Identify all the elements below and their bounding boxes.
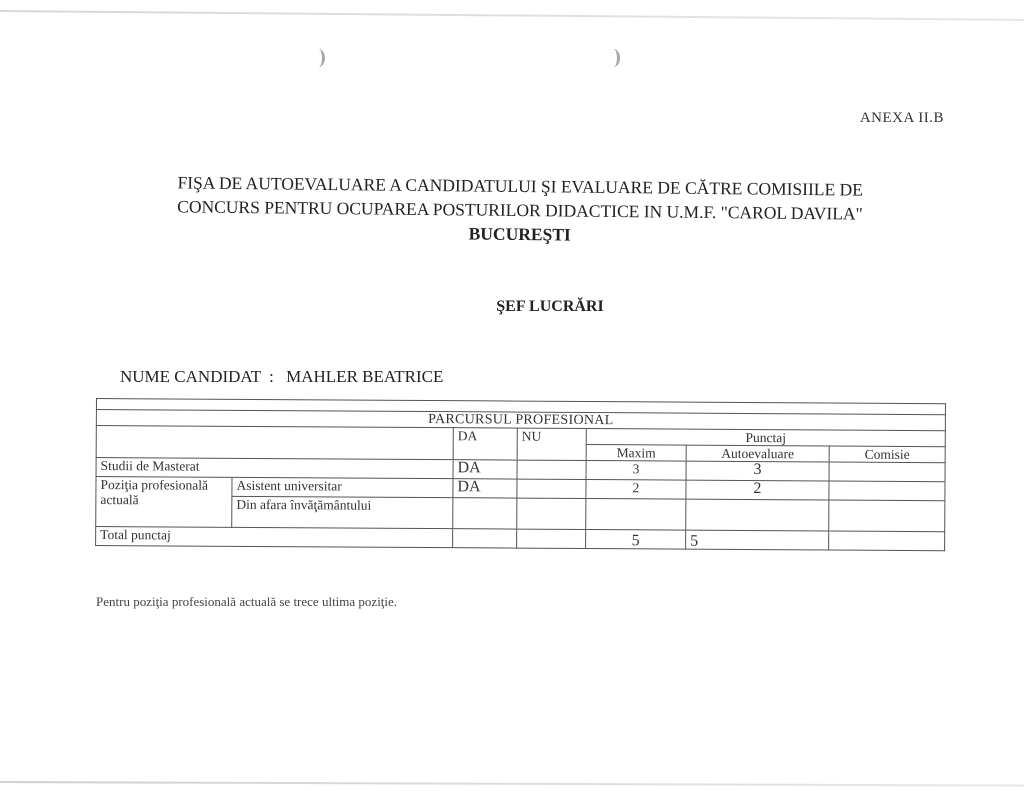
cell-comisie: [829, 500, 945, 532]
page-edge-top: [0, 10, 1024, 21]
cell-autoevaluare: 3: [686, 461, 829, 481]
footnote: Pentru poziţia profesională actuală se t…: [96, 594, 397, 610]
cell-comisie: [829, 462, 945, 482]
header-maxim: Maxim: [586, 444, 686, 461]
cell-autoevaluare: 2: [686, 480, 829, 500]
header-da: DA: [453, 428, 517, 460]
page-edge-bottom: [0, 781, 1024, 787]
total-nu: [517, 529, 586, 548]
position-title: ŞEF LUCRĂRI: [450, 298, 650, 316]
cell-nu: [517, 479, 586, 498]
total-maxim: 5: [586, 529, 686, 549]
cell-comisie: [829, 481, 945, 501]
punch-hole-mark: [312, 49, 325, 67]
cell-nu: [517, 460, 586, 479]
cell-maxim: 2: [586, 479, 686, 499]
candidate-line: NUME CANDIDAT : MAHLER BEATRICE: [120, 367, 443, 387]
candidate-separator: :: [269, 367, 274, 386]
cell-nu: [517, 498, 586, 529]
candidate-name: MAHLER BEATRICE: [286, 367, 443, 386]
cell-maxim: 3: [586, 460, 686, 480]
total-da: [453, 529, 517, 548]
total-label: Total punctaj: [96, 527, 453, 548]
row-label: Din afara învăţământului: [232, 496, 453, 528]
cell-maxim: [586, 498, 686, 530]
header-empty-cell: [96, 426, 453, 460]
cell-da: DA: [453, 479, 517, 498]
cell-autoevaluare: [686, 499, 829, 531]
candidate-label: NUME CANDIDAT: [120, 367, 261, 386]
punch-hole-mark: [607, 49, 620, 67]
total-autoevaluare: 5: [686, 530, 829, 550]
table-row: Poziţia profesională actuală Asistent un…: [96, 477, 945, 501]
header-nu: NU: [517, 428, 586, 460]
header-autoevaluare: Autoevaluare: [686, 445, 829, 462]
row-label: Asistent universitar: [232, 477, 453, 497]
row-label: Studii de Masterat: [96, 458, 453, 479]
header-comisie: Comisie: [829, 446, 945, 463]
total-row: Total punctaj 5 5: [96, 527, 945, 551]
row-group-label: Poziţia profesională actuală: [96, 477, 232, 528]
total-comisie: [829, 531, 945, 551]
document-title: FIŞA DE AUTOEVALUARE A CANDIDATULUI ŞI E…: [130, 170, 911, 250]
cell-da: [453, 498, 517, 529]
annex-label: ANEXA II.B: [860, 110, 944, 127]
cell-da: DA: [453, 460, 517, 479]
professional-path-table: PARCURSUL PROFESIONAL DA NU Punctaj Maxi…: [95, 398, 946, 551]
